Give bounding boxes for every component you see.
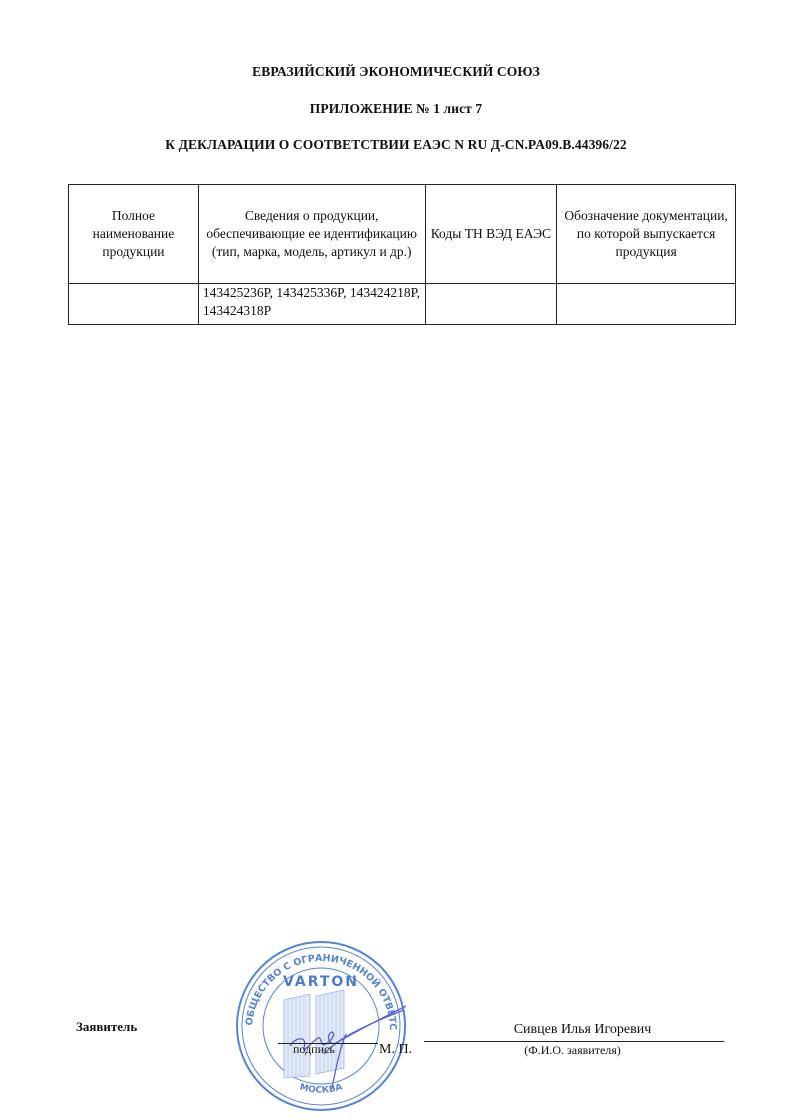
- column-header-product-name: Полное наименование продукции: [69, 185, 199, 284]
- column-header-documentation: Обозначение документации, по которой вып…: [557, 185, 736, 284]
- declaration-title: К ДЕКЛАРАЦИИ О СООТВЕТСТВИИ ЕАЭС N RU Д-…: [0, 137, 792, 153]
- stamp-brand: VARTON: [283, 974, 359, 990]
- appendix-title: ПРИЛОЖЕНИЕ № 1 лист 7: [0, 101, 792, 117]
- cell-documentation: [557, 284, 736, 325]
- products-table: Полное наименование продукции Сведения о…: [68, 184, 736, 325]
- name-line: [424, 1041, 724, 1042]
- column-header-tnved-codes: Коды ТН ВЭД ЕАЭС: [425, 185, 557, 284]
- cell-product-name: [69, 284, 199, 325]
- seal-place-label: М. П.: [379, 1042, 412, 1058]
- table-row: 143425236P, 143425336P, 143424218P, 1434…: [69, 284, 736, 325]
- table-header-row: Полное наименование продукции Сведения о…: [69, 185, 736, 284]
- buildings-icon: [284, 990, 344, 1078]
- cell-identification: 143425236P, 143425336P, 143424218P, 1434…: [198, 284, 425, 325]
- cell-tnved-codes: [425, 284, 557, 325]
- applicant-label: Заявитель: [76, 1019, 137, 1035]
- applicant-name: Сивцев Илья Игоревич: [440, 1022, 725, 1038]
- signature-label: подпись: [293, 1042, 335, 1057]
- name-caption: (Ф.И.О. заявителя): [440, 1043, 705, 1058]
- company-stamp: ОБЩЕСТВО С ОГРАНИЧЕННОЙ ОТВЕТСТВЕННОСТЬЮ…: [228, 938, 414, 1112]
- column-header-identification: Сведения о продукции, обеспечивающие ее …: [198, 185, 425, 284]
- union-title: ЕВРАЗИЙСКИЙ ЭКОНОМИЧЕСКИЙ СОЮЗ: [0, 64, 792, 80]
